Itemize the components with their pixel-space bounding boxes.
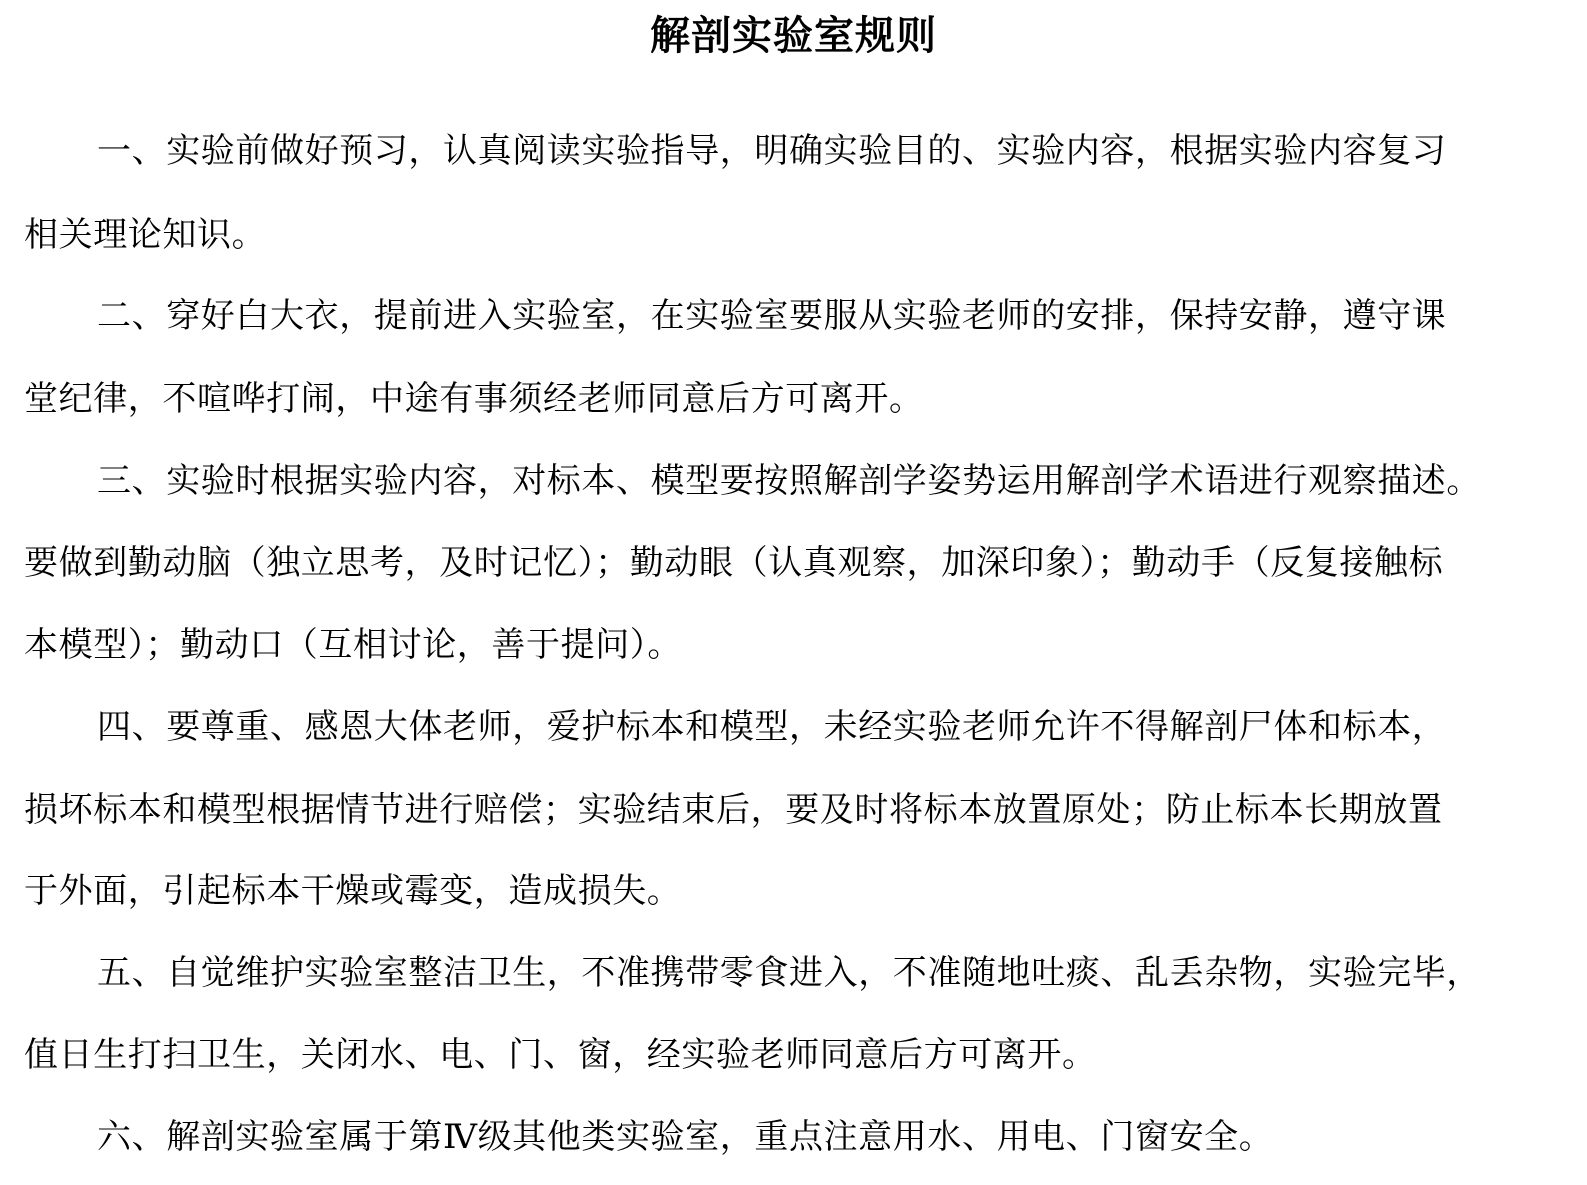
document-title: 解剖实验室规则: [0, 8, 1587, 64]
rule-line: 五、自觉维护实验室整洁卫生，不准携带零食进入，不准随地吐痰、乱丢杂物，实验完毕，: [97, 949, 1564, 997]
rule-line: 损坏标本和模型根据情节进行赔偿；实验结束后，要及时将标本放置原处；防止标本长期放…: [24, 786, 1564, 834]
rule-line: 四、要尊重、感恩大体老师，爱护标本和模型，未经实验老师允许不得解剖尸体和标本，: [97, 703, 1564, 751]
rule-line: 六、解剖实验室属于第Ⅳ级其他类实验室，重点注意用水、用电、门窗安全。: [97, 1113, 1564, 1161]
rule-line: 相关理论知识。: [24, 211, 1564, 259]
rule-line: 一、实验前做好预习，认真阅读实验指导，明确实验目的、实验内容，根据实验内容复习: [97, 127, 1564, 175]
document-page: 解剖实验室规则 一、实验前做好预习，认真阅读实验指导，明确实验目的、实验内容，根…: [0, 0, 1587, 1185]
rule-line: 三、实验时根据实验内容，对标本、模型要按照解剖学姿势运用解剖学术语进行观察描述。: [97, 457, 1564, 505]
rule-line: 值日生打扫卫生，关闭水、电、门、窗，经实验老师同意后方可离开。: [24, 1031, 1564, 1079]
rule-line: 本模型）；勤动口（互相讨论，善于提问）。: [24, 621, 1564, 669]
rule-line: 要做到勤动脑（独立思考，及时记忆）；勤动眼（认真观察，加深印象）；勤动手（反复接…: [24, 539, 1564, 587]
rule-line: 二、穿好白大衣，提前进入实验室，在实验室要服从实验老师的安排，保持安静，遵守课: [97, 292, 1564, 340]
rule-line: 于外面，引起标本干燥或霉变，造成损失。: [24, 867, 1564, 915]
rule-line: 堂纪律，不喧哗打闹，中途有事须经老师同意后方可离开。: [24, 375, 1564, 423]
